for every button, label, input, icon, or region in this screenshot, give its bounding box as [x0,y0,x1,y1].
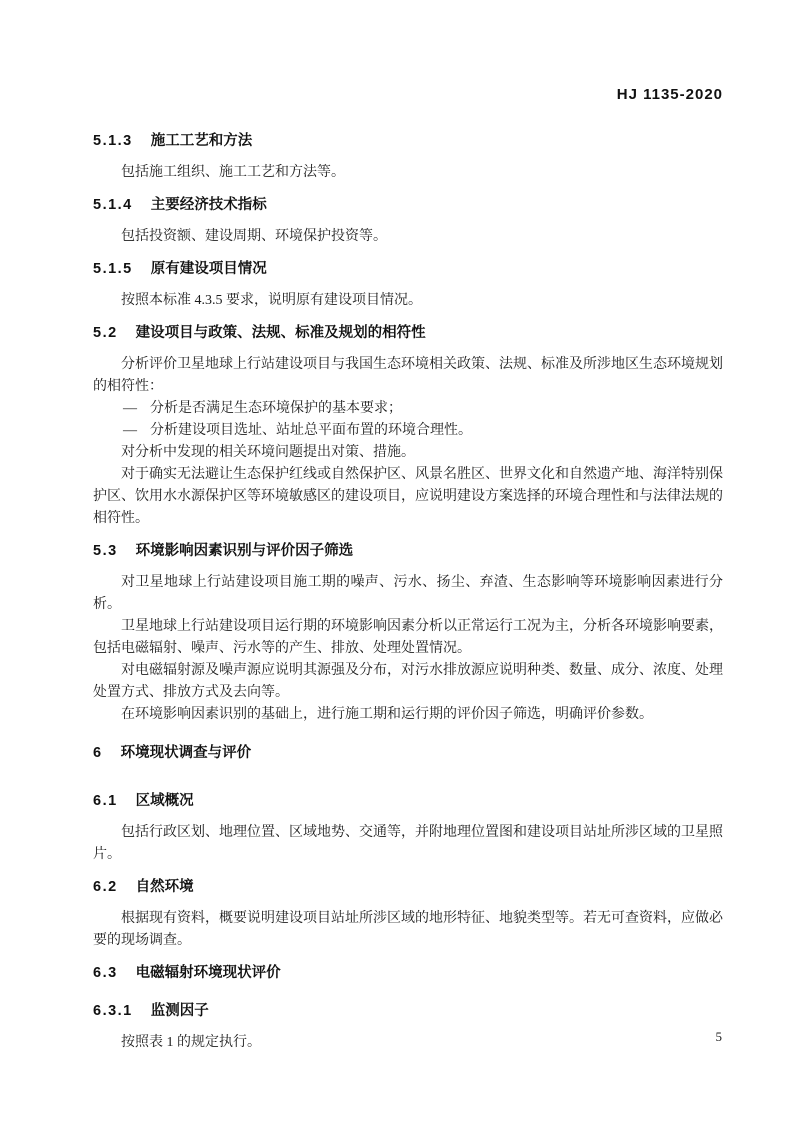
section-title: 施工工艺和方法 [151,133,253,149]
document-number: HJ 1135-2020 [617,86,723,103]
section-title: 环境影响因素识别与评价因子筛选 [136,543,354,559]
page-number: 5 [716,1029,723,1045]
paragraph: 卫星地球上行站建设项目运行期的环境影响因素分析以正常运行工况为主，分析各环境影响… [93,616,723,660]
dash-marker: — [123,398,137,420]
section-number: 6.2 [93,879,118,895]
section-heading-5-1-5: 5.1.5原有建设项目情况 [93,258,723,280]
list-item: —分析是否满足生态环境保护的基本要求； [93,398,723,420]
section-number: 5.1.5 [93,261,133,277]
document-body: 5.1.3施工工艺和方法 包括施工组织、施工工艺和方法等。 5.1.4主要经济技… [93,130,723,1054]
section-number: 5.3 [93,543,118,559]
paragraph: 对于确实无法避让生态保护红线或自然保护区、风景名胜区、世界文化和自然遗产地、海洋… [93,464,723,530]
chapter-number: 6 [93,745,103,761]
section-number: 6.1 [93,793,118,809]
section-heading-5-1-4: 5.1.4主要经济技术指标 [93,194,723,216]
paragraph: 包括投资额、建设周期、环境保护投资等。 [93,226,723,248]
section-number: 5.1.3 [93,133,133,149]
paragraph: 包括行政区划、地理位置、区域地势、交通等，并附地理位置图和建设项目站址所涉区域的… [93,822,723,866]
list-item-text: 分析建设项目选址、站址总平面布置的环境合理性。 [150,423,472,438]
section-title: 自然环境 [136,879,194,895]
section-title: 区域概况 [136,793,194,809]
paragraph: 对卫星地球上行站建设项目施工期的噪声、污水、扬尘、弃渣、生态影响等环境影响因素进… [93,572,723,616]
section-heading-6-1: 6.1区域概况 [93,790,723,812]
dash-marker: — [123,420,137,442]
paragraph: 包括施工组织、施工工艺和方法等。 [93,162,723,184]
section-heading-6-3-1: 6.3.1监测因子 [93,1000,723,1022]
paragraph: 按照表 1 的规定执行。 [93,1032,723,1054]
section-heading-5-3: 5.3环境影响因素识别与评价因子筛选 [93,540,723,562]
section-heading-5-1-3: 5.1.3施工工艺和方法 [93,130,723,152]
section-title: 主要经济技术指标 [151,197,267,213]
paragraph: 按照本标准 4.3.5 要求，说明原有建设项目情况。 [93,290,723,312]
chapter-title: 环境现状调查与评价 [121,745,252,761]
paragraph: 在环境影响因素识别的基础上，进行施工期和运行期的评价因子筛选，明确评价参数。 [93,704,723,726]
section-title: 电磁辐射环境现状评价 [136,965,281,981]
section-title: 原有建设项目情况 [151,261,267,277]
section-heading-6-3: 6.3电磁辐射环境现状评价 [93,962,723,984]
section-number: 5.1.4 [93,197,133,213]
paragraph: 对分析中发现的相关环境问题提出对策、措施。 [93,442,723,464]
section-title: 建设项目与政策、法规、标准及规划的相符性 [136,325,426,341]
document-page: HJ 1135-2020 5.1.3施工工艺和方法 包括施工组织、施工工艺和方法… [0,0,800,1131]
chapter-heading-6: 6环境现状调查与评价 [93,742,723,764]
section-heading-6-2: 6.2自然环境 [93,876,723,898]
paragraph: 对电磁辐射源及噪声源应说明其源强及分布，对污水排放源应说明种类、数量、成分、浓度… [93,660,723,704]
section-title: 监测因子 [151,1003,209,1019]
section-number: 6.3.1 [93,1003,133,1019]
paragraph: 分析评价卫星地球上行站建设项目与我国生态环境相关政策、法规、标准及所涉地区生态环… [93,354,723,398]
section-heading-5-2: 5.2建设项目与政策、法规、标准及规划的相符性 [93,322,723,344]
paragraph: 根据现有资料，概要说明建设项目站址所涉区域的地形特征、地貌类型等。若无可查资料，… [93,908,723,952]
list-item: —分析建设项目选址、站址总平面布置的环境合理性。 [93,420,723,442]
list-item-text: 分析是否满足生态环境保护的基本要求； [150,401,402,416]
section-number: 6.3 [93,965,118,981]
section-number: 5.2 [93,325,118,341]
